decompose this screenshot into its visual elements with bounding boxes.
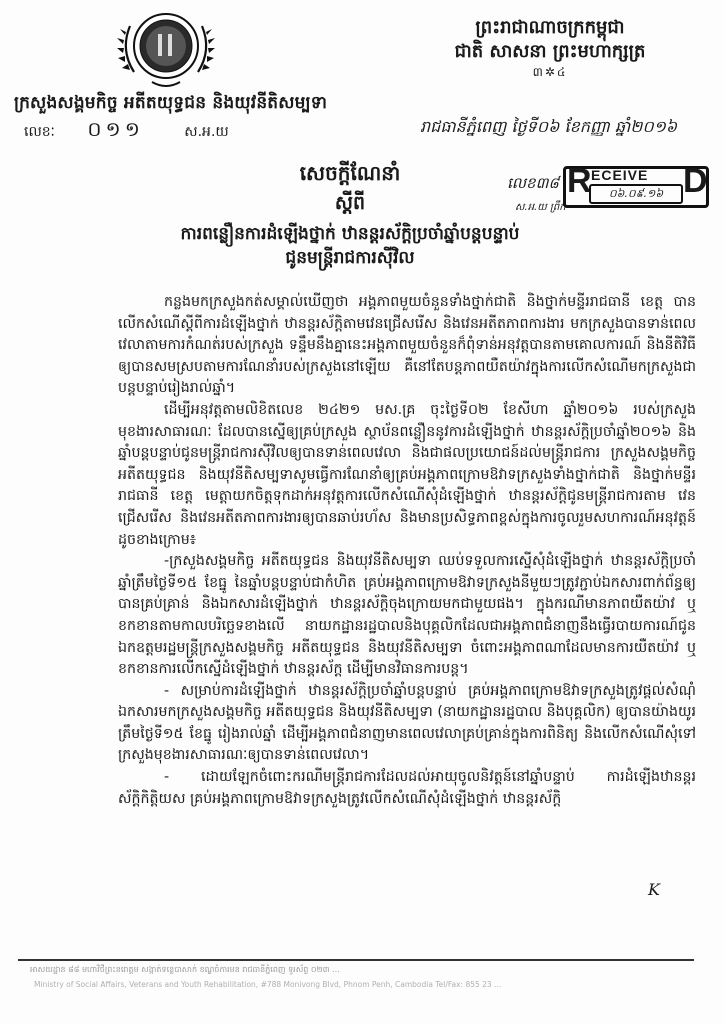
- document-page: ក្រសួងសង្គមកិច្ច អតីតយុទ្ធជន និងយុវនីតិស…: [0, 0, 724, 1024]
- stamp-letter-r: R: [567, 162, 592, 201]
- national-motto: ជាតិ សាសនា ព្រះមហាក្សត្រ: [420, 40, 680, 64]
- handwritten-note: លេខ៣៨: [507, 174, 559, 196]
- footer-divider: [18, 959, 694, 961]
- stamp-word: ECEIVE: [591, 167, 648, 183]
- body-text: កន្លងមកក្រសួងកត់សម្គាល់ឃើញថា អង្គភាពមួយច…: [118, 292, 696, 810]
- kingdom-name: ព្រះរាជាណាចក្រកម្ពុជា: [420, 16, 680, 40]
- paragraph: កន្លងមកក្រសួងកត់សម្គាល់ឃើញថា អង្គភាពមួយច…: [118, 292, 696, 400]
- reference-line: លេខៈ ០១១ ស.អ.យ: [24, 116, 229, 146]
- ornament-divider: ៣✲៤: [420, 64, 680, 80]
- reference-number: ០១១: [87, 117, 143, 141]
- stamp-letter-d: D: [683, 162, 708, 201]
- footer-address-english: Ministry of Social Affairs, Veterans and…: [34, 980, 674, 989]
- ministry-name: ក្រសួងសង្គមកិច្ច អតីតយុទ្ធជន និងយុវនីតិស…: [14, 92, 374, 117]
- reference-code: ស.អ.យ: [184, 124, 228, 140]
- paragraph: ដើម្បីអនុវត្តតាមលិខិតលេខ ២៤២១ មស.គ្រ ចុះ…: [118, 400, 696, 551]
- ministry-emblem-icon: [112, 6, 220, 90]
- kingdom-header: ព្រះរាជាណាចក្រកម្ពុជា ជាតិ សាសនា ព្រះមហា…: [420, 16, 680, 80]
- reference-label: លេខៈ: [24, 124, 55, 140]
- received-stamp: លេខ៣៨ ស.អ.យ ព្រឹក R ECEIVE D ០៦.០៩.១៦: [505, 162, 705, 212]
- initials-signature: K: [648, 880, 660, 899]
- subject-line-2: ជូនមន្ត្រីរាជការស៊ីវិល: [120, 246, 580, 270]
- bullet-paragraph: -ក្រសួងសង្គមកិច្ច អតីតយុទ្ធជន និងយុវនីតិ…: [118, 551, 696, 681]
- bullet-paragraph: - ដោយឡែកចំពោះករណីមន្ត្រីរាជការដែលដល់អាយុ…: [118, 767, 696, 810]
- document-date: រាជធានីភ្នំពេញ ថ្ងៃទី០៦ ខែកញ្ញា ឆ្នាំ២០១…: [420, 116, 677, 140]
- stamp-date: ០៦.០៩.១៦: [589, 184, 683, 204]
- footer-address-khmer: អាសយដ្ឋាន ៨៨ មហាវិថីព្រះនរោត្តម សង្កាត់ទ…: [30, 964, 690, 976]
- handwritten-note-2: ស.អ.យ ព្រឹក: [515, 200, 566, 215]
- bullet-paragraph: - សម្រាប់ការដំឡើងថ្នាក់ ឋានន្តរស័ក្តិប្រ…: [118, 681, 696, 767]
- subject-line-1: ការពន្លឿនការដំឡើងថ្នាក់ ឋានន្តរស័ក្តិប្រ…: [120, 222, 580, 246]
